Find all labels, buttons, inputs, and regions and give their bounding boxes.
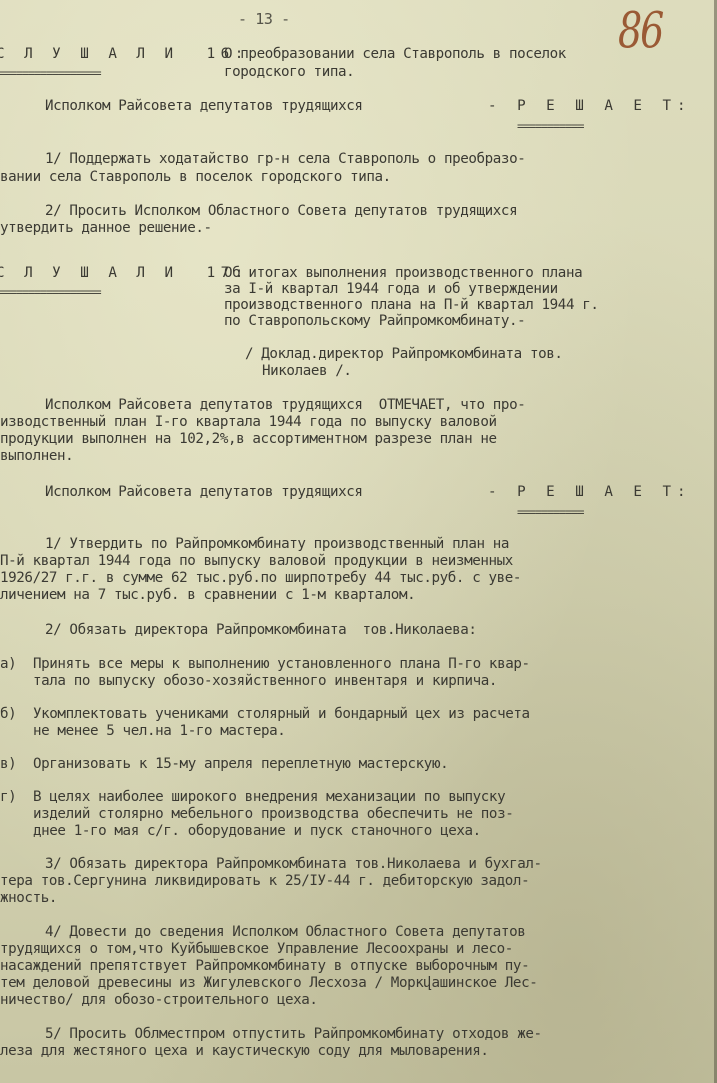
section-title-line: городского типа.: [224, 65, 354, 80]
decision-item-line: ничество/ для обозо-строительного цеха.: [0, 993, 318, 1008]
section-underline-16: =================: [0, 66, 100, 81]
decision-item-line: 1926/27 г.г. в сумме 62 тыс.руб.по ширпо…: [0, 571, 521, 586]
archive-sheet-number: 86: [618, 2, 662, 59]
section-title-line: производственного плана на П-й квартал 1…: [224, 298, 599, 313]
section-underline-17: =================: [0, 285, 100, 300]
subitem-line: тала по выпуску обозо-хозяйственного инв…: [33, 674, 497, 689]
subitem-line: изделий столярно мебельного производства…: [33, 807, 513, 822]
decision-item-line: тера тов.Сергунина ликвидировать к 25/IУ…: [0, 874, 529, 889]
section-title-line: О преобразовании села Ставрополь в посел…: [224, 47, 566, 62]
section-title-line: по Ставропольскому Райпромкомбинату.-: [224, 314, 525, 329]
decision-intro: Исполком Райсовета депутатов трудящихся: [45, 485, 363, 500]
subitem-marker: в): [0, 757, 16, 772]
notes-line: Исполком Райсовета депутатов трудящихся …: [45, 398, 525, 413]
notes-line: продукции выполнен на 102,2%,в ассортиме…: [0, 432, 497, 447]
decision-word: - Р Е Ш А Е Т:: [488, 99, 692, 114]
section-label-16: С Л У Ш А Л И 16:: [0, 47, 249, 62]
decision-underline: ===========: [517, 505, 583, 520]
report-line: / Доклад.директор Райпромкомбината тов.: [245, 347, 563, 362]
subitem-line: не менее 5 чел.на 1-го мастера.: [33, 724, 285, 739]
decision-item-line: 1/ Поддержать ходатайство гр-н села Став…: [45, 152, 525, 167]
decision-item-line: вании села Ставрополь в поселок городско…: [0, 170, 391, 185]
decision-item-line: 2/ Просить Исполком Областного Совета де…: [45, 204, 517, 219]
decision-intro: Исполком Райсовета депутатов трудящихся: [45, 99, 363, 114]
decision-item-line: трудящихся о том,что Куйбышевское Управл…: [0, 942, 513, 957]
decision-word: - Р Е Ш А Е Т:: [488, 485, 692, 500]
decision-item-line: П-й квартал 1944 года по выпуску валовой…: [0, 554, 513, 569]
page-number: - 13 -: [238, 12, 290, 27]
report-line: Николаев /.: [262, 364, 352, 379]
subitem-line: Принять все меры к выполнению установлен…: [33, 657, 530, 672]
decision-item-line: насаждений препятствует Райпромкомбинату…: [0, 959, 529, 974]
subitem-marker: б): [0, 707, 16, 722]
notes-line: выполнен.: [0, 449, 73, 464]
decision-item-line: 3/ Обязать директора Райпромкомбината то…: [45, 857, 542, 872]
decision-item-line: 5/ Просить Облместпром отпустить Райпром…: [45, 1027, 542, 1042]
section-title-line: за I-й квартал 1944 года и об утверждени…: [224, 282, 558, 297]
subitem-line: В целях наиболее широкого внедрения меха…: [33, 790, 505, 805]
subitem-marker: г): [0, 790, 16, 805]
subitem-line: днее 1-го мая с/г. оборудование и пуск с…: [33, 824, 481, 839]
decision-item-line: тем деловой древесины из Жигулевского Ле…: [0, 976, 537, 991]
decision-item-line: жность.: [0, 891, 57, 906]
decision-item-line: 4/ Довести до сведения Исполком Областно…: [45, 925, 525, 940]
subitem-marker: а): [0, 657, 16, 672]
section-title-line: Об итогах выполнения производственного п…: [224, 266, 582, 281]
subitem-line: Укомплектовать учениками столярный и бон…: [33, 707, 530, 722]
notes-line: изводственный план I-го квартала 1944 го…: [0, 415, 497, 430]
decision-item-line: утвердить данное решение.-: [0, 221, 212, 236]
section-label-17: С Л У Ш А Л И 17:: [0, 266, 249, 281]
decision-item-line: 1/ Утвердить по Райпромкомбинату произво…: [45, 537, 509, 552]
decision-underline: ===========: [517, 119, 583, 134]
document-page: - 13 - 86 С Л У Ш А Л И 16: ============…: [0, 0, 717, 1083]
subitem-line: Организовать к 15-му апреля переплетную …: [33, 757, 448, 772]
decision-item-line: леза для жестяного цеха и каустическую с…: [0, 1044, 489, 1059]
decision-item-line: личением на 7 тыс.руб. в сравнении с 1-м…: [0, 588, 415, 603]
decision-item-line: 2/ Обязать директора Райпромкомбината то…: [45, 623, 477, 638]
